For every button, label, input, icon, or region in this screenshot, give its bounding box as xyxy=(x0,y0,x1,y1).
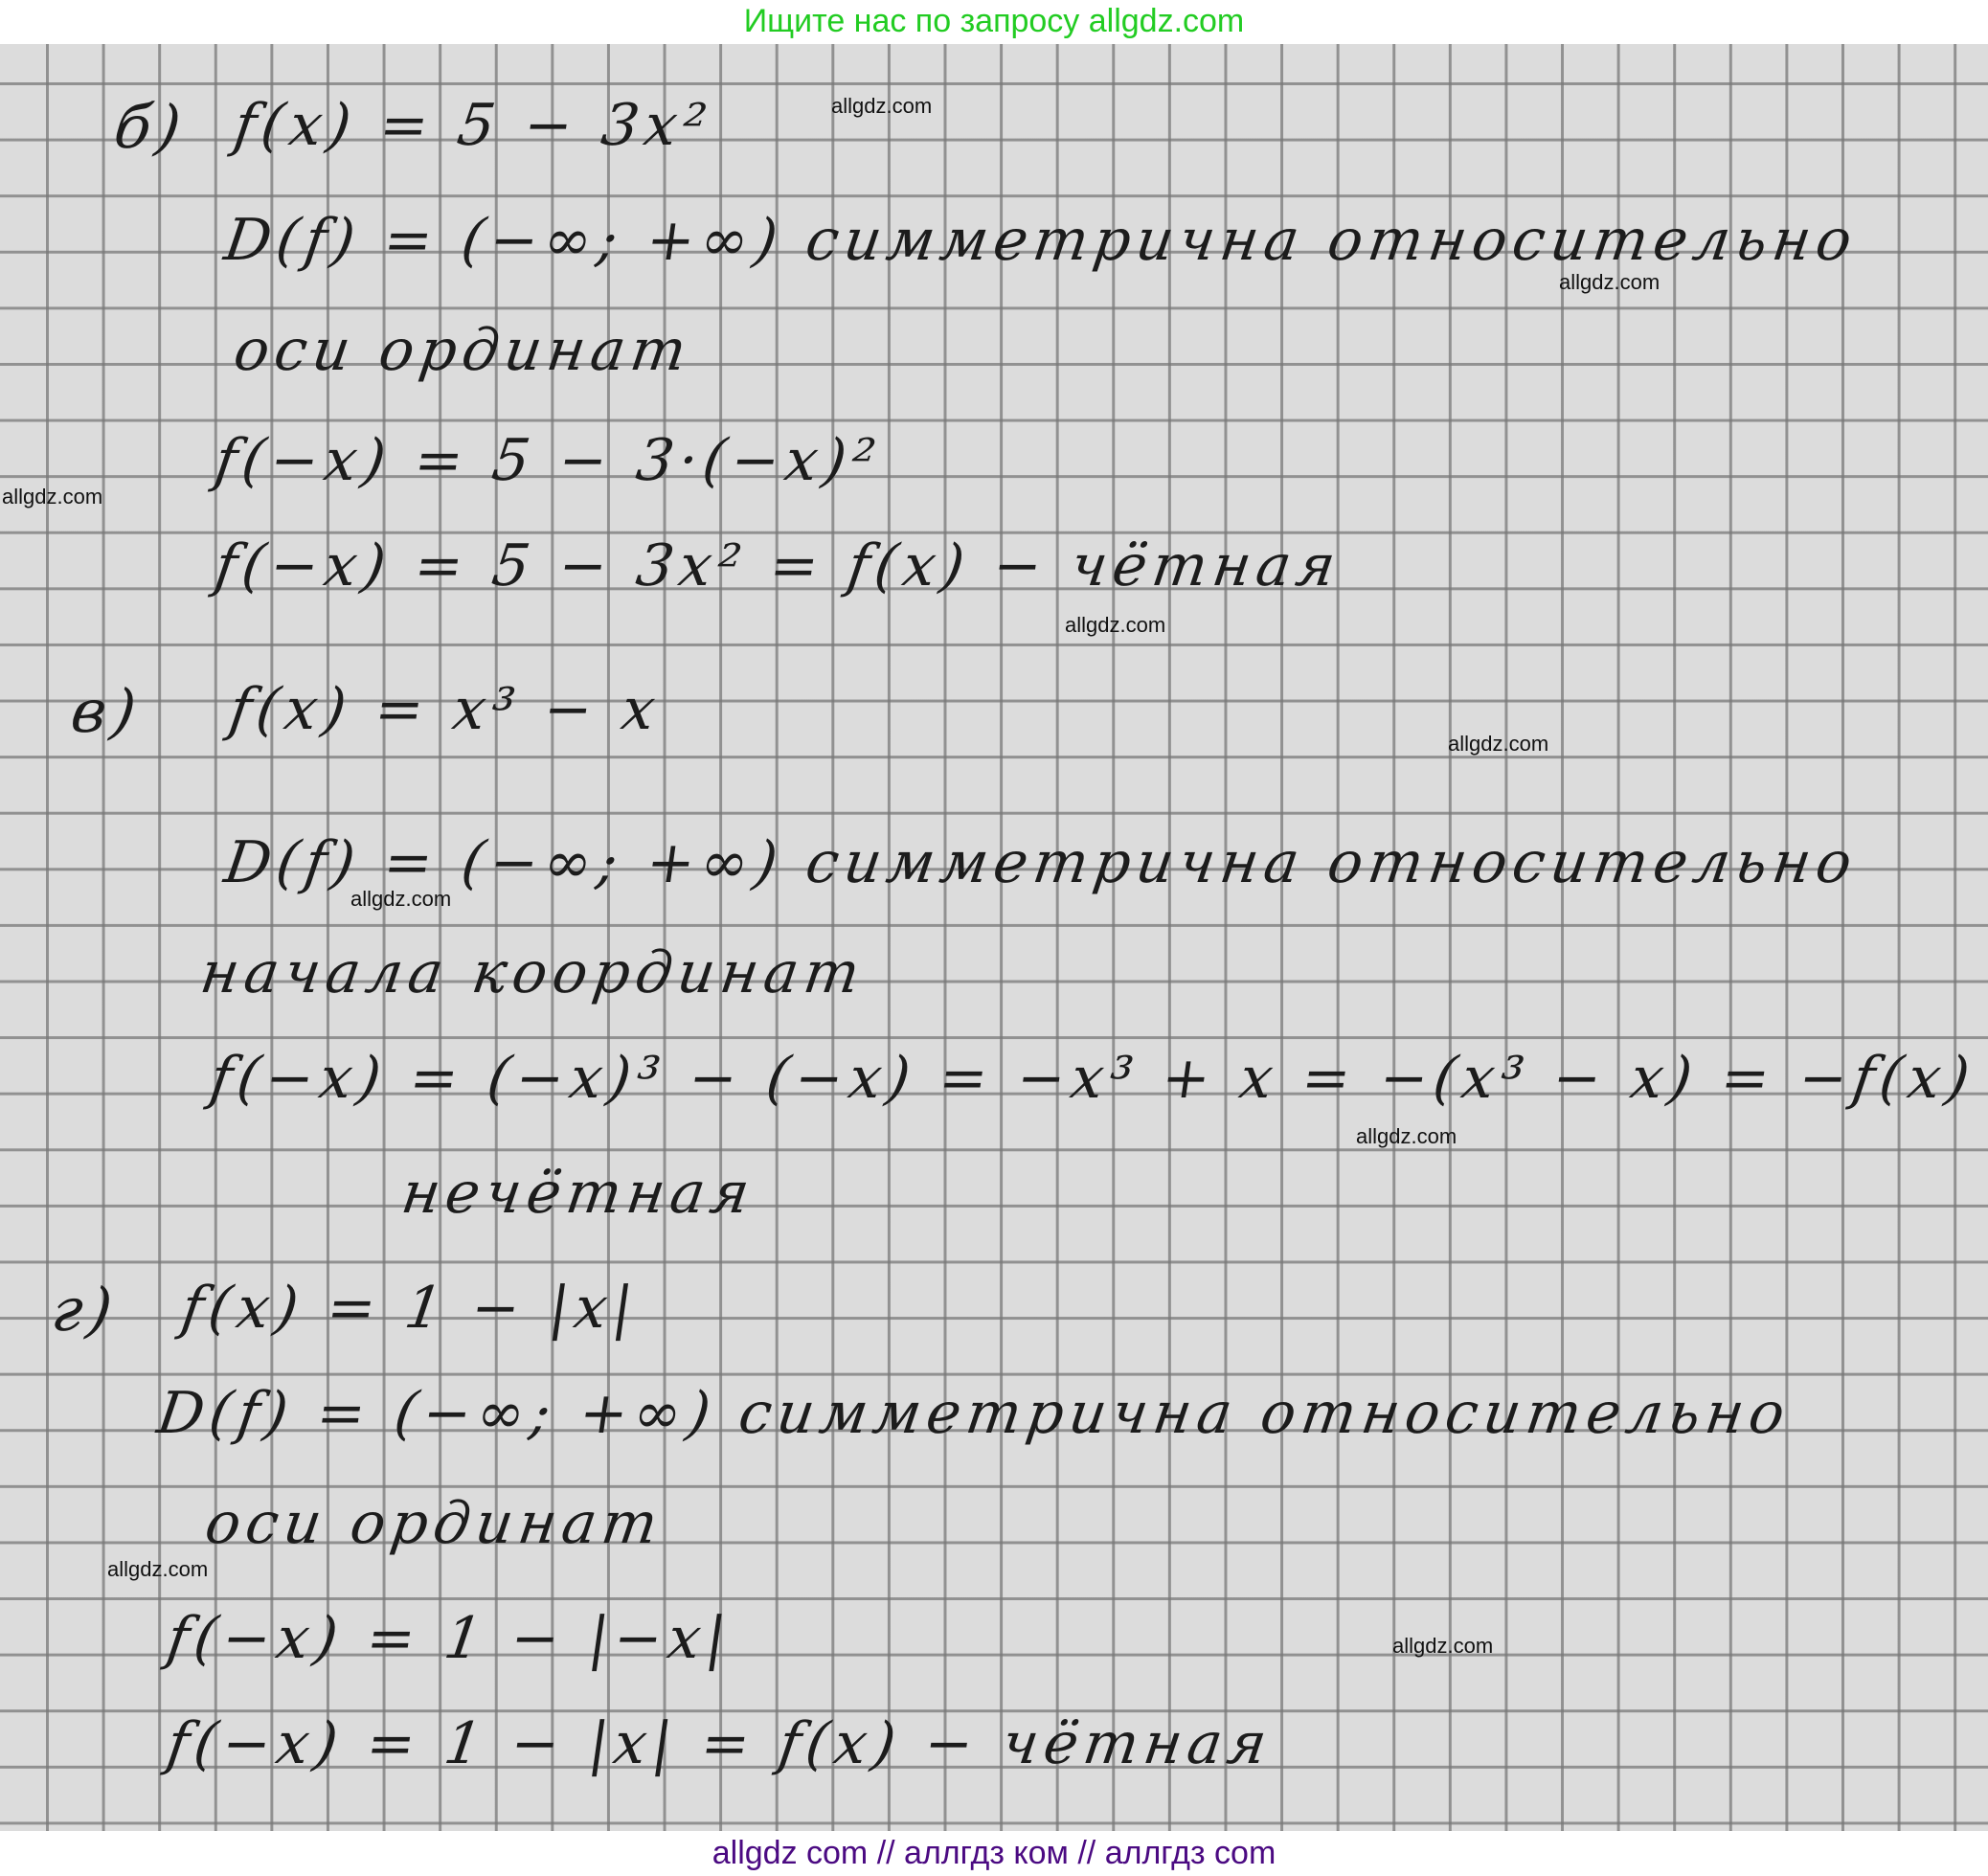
watermark: allgdz.com xyxy=(831,94,932,119)
solution-b-label: б) xyxy=(110,92,191,162)
solution-g-line-3: оси ординат xyxy=(201,1490,667,1557)
top-banner: Ищите нас по запросу allgdz.com xyxy=(0,0,1988,44)
solution-b-line-4: f(−x) = 5 − 3·(−x)² xyxy=(211,427,885,494)
solution-b-line-1: f(x) = 5 − 3x² xyxy=(230,92,716,159)
solution-v-line-2: D(f) = (−∞; +∞) симметрична относительно xyxy=(220,829,1862,896)
solution-v-line-4: f(−x) = (−x)³ − (−x) = −x³ + x = −(x³ − … xyxy=(206,1045,1988,1112)
watermark: allgdz.com xyxy=(1448,732,1548,757)
watermark: allgdz.com xyxy=(1356,1124,1457,1149)
solution-b-line-3: оси ординат xyxy=(230,317,696,384)
solution-b-line-5: f(−x) = 5 − 3x² = f(x) − чётная xyxy=(211,532,1344,599)
solution-v-line-3: начала координат xyxy=(196,939,870,1006)
solution-v-line-5: нечётная xyxy=(397,1160,759,1227)
solution-g-line-1: f(x) = 1 − |x| xyxy=(177,1275,643,1342)
solution-b-line-2: D(f) = (−∞; +∞) симметрична относительно xyxy=(220,207,1862,274)
watermark: allgdz.com xyxy=(1559,270,1660,295)
watermark: allgdz.com xyxy=(107,1557,208,1582)
watermark: allgdz.com xyxy=(2,485,102,509)
watermark: allgdz.com xyxy=(350,887,451,912)
solution-v-line-1: f(x) = x³ − x xyxy=(225,676,665,743)
graph-paper-page: б) f(x) = 5 − 3x² D(f) = (−∞; +∞) симмет… xyxy=(0,44,1988,1831)
solution-g-line-4: f(−x) = 1 − |−x| xyxy=(163,1605,736,1672)
solution-g-line-2: D(f) = (−∞; +∞) симметрична относительно xyxy=(153,1380,1795,1447)
bottom-banner: allgdz com // аллгдз ком // аллгдз com xyxy=(0,1831,1988,1876)
solution-v-label: в) xyxy=(67,676,147,746)
solution-g-label: г) xyxy=(48,1275,123,1345)
watermark: allgdz.com xyxy=(1065,613,1165,638)
solution-g-line-5: f(−x) = 1 − |x| = f(x) − чётная xyxy=(163,1710,1276,1777)
watermark: allgdz.com xyxy=(1392,1634,1493,1659)
